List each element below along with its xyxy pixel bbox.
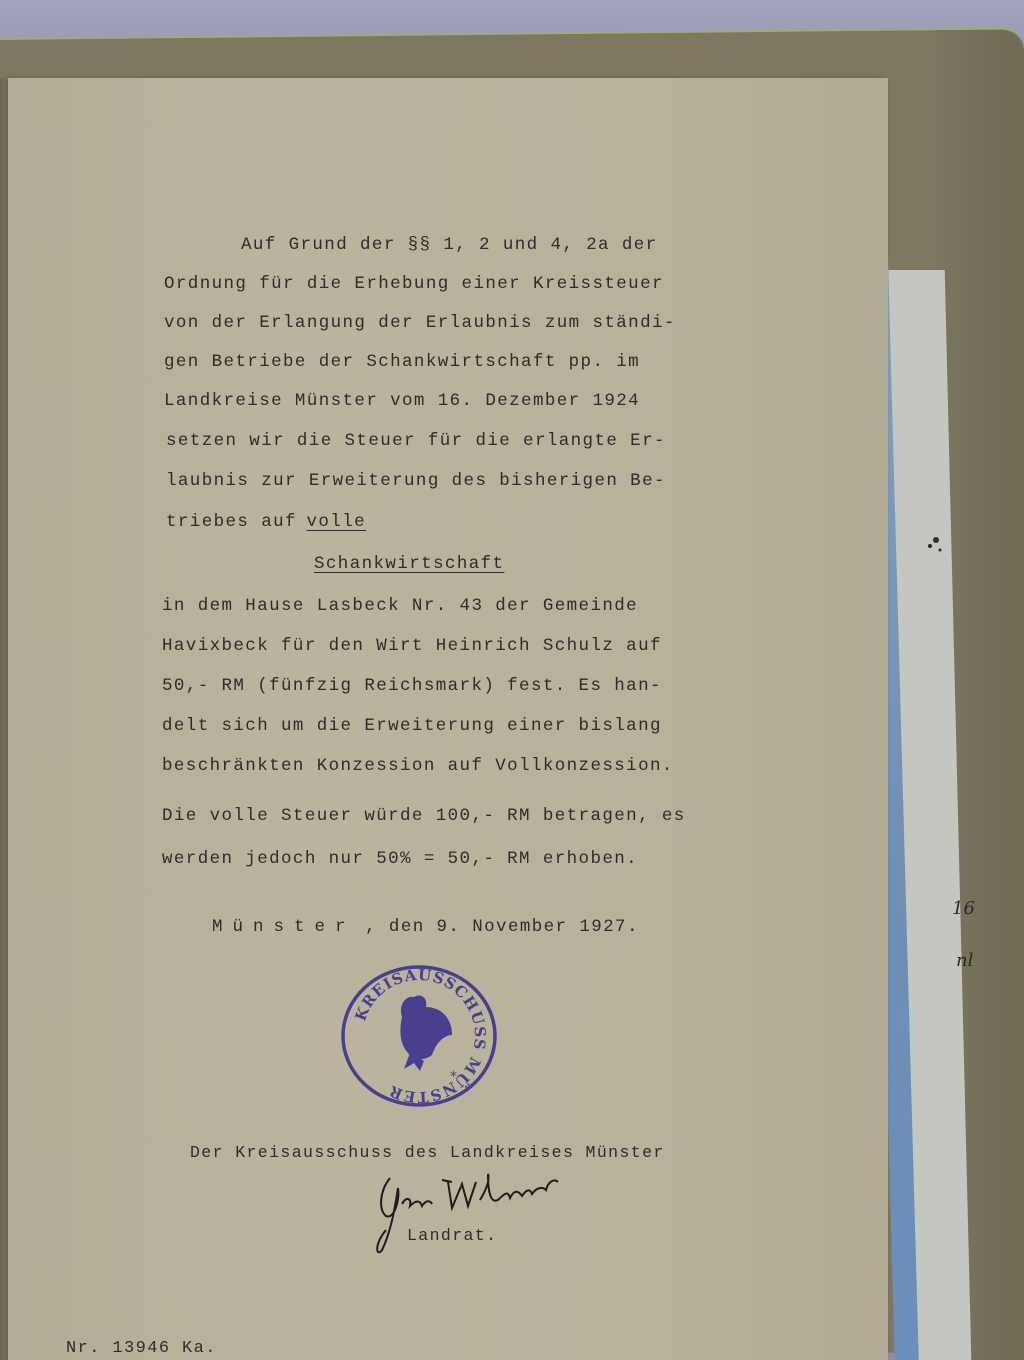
body-line: triebes auf volle (166, 513, 366, 532)
underlined-heading: Schankwirtschaft (314, 556, 504, 574)
body-line: gen Betriebe der Schankwirtschaft pp. im (164, 354, 640, 372)
body-line: setzen wir die Steuer für die erlangte E… (166, 433, 666, 451)
body-text: triebes auf (166, 512, 297, 532)
body-line: von der Erlangung der Erlaubnis zum stän… (164, 315, 676, 333)
reference-number: Nr. 13946 Ka. (66, 1340, 217, 1357)
body-line: beschränkten Konzession auf Vollkonzessi… (162, 758, 674, 776)
body-line: Ordnung für die Erhebung einer Kreissteu… (164, 276, 664, 294)
place-name: Münster (212, 917, 356, 937)
margin-note: 16 (952, 898, 975, 919)
ink-spots (910, 530, 950, 560)
body-line: Auf Grund der §§ 1, 2 und 4, 2a der (241, 237, 658, 255)
margin-note: nl (956, 950, 973, 971)
body-line: Havixbeck für den Wirt Heinrich Schulz a… (162, 638, 662, 656)
eagle-icon (400, 995, 452, 1071)
svg-text:*: * (450, 1069, 457, 1085)
date-line: Münster , den 9. November 1927. (212, 918, 639, 937)
underlined-text: volle (307, 512, 367, 532)
date-text: , den 9. November 1927. (365, 917, 639, 937)
body-line: werden jedoch nur 50% = 50,- RM erhoben. (162, 851, 638, 869)
official-stamp: KREISAUSSCHUSS MÜNSTER * (340, 965, 498, 1107)
body-line: Landkreise Münster vom 16. Dezember 1924 (164, 393, 640, 411)
body-line: in dem Hause Lasbeck Nr. 43 der Gemeinde (162, 598, 638, 616)
body-line: laubnis zur Erweiterung des bisherigen B… (166, 473, 666, 491)
signatory-title: Landrat. (407, 1228, 497, 1245)
body-line: Die volle Steuer würde 100,- RM betragen… (162, 808, 686, 826)
body-line: delt sich um die Erweiterung einer bisla… (162, 718, 662, 736)
body-line: 50,- RM (fünfzig Reichsmark) fest. Es ha… (162, 678, 662, 696)
